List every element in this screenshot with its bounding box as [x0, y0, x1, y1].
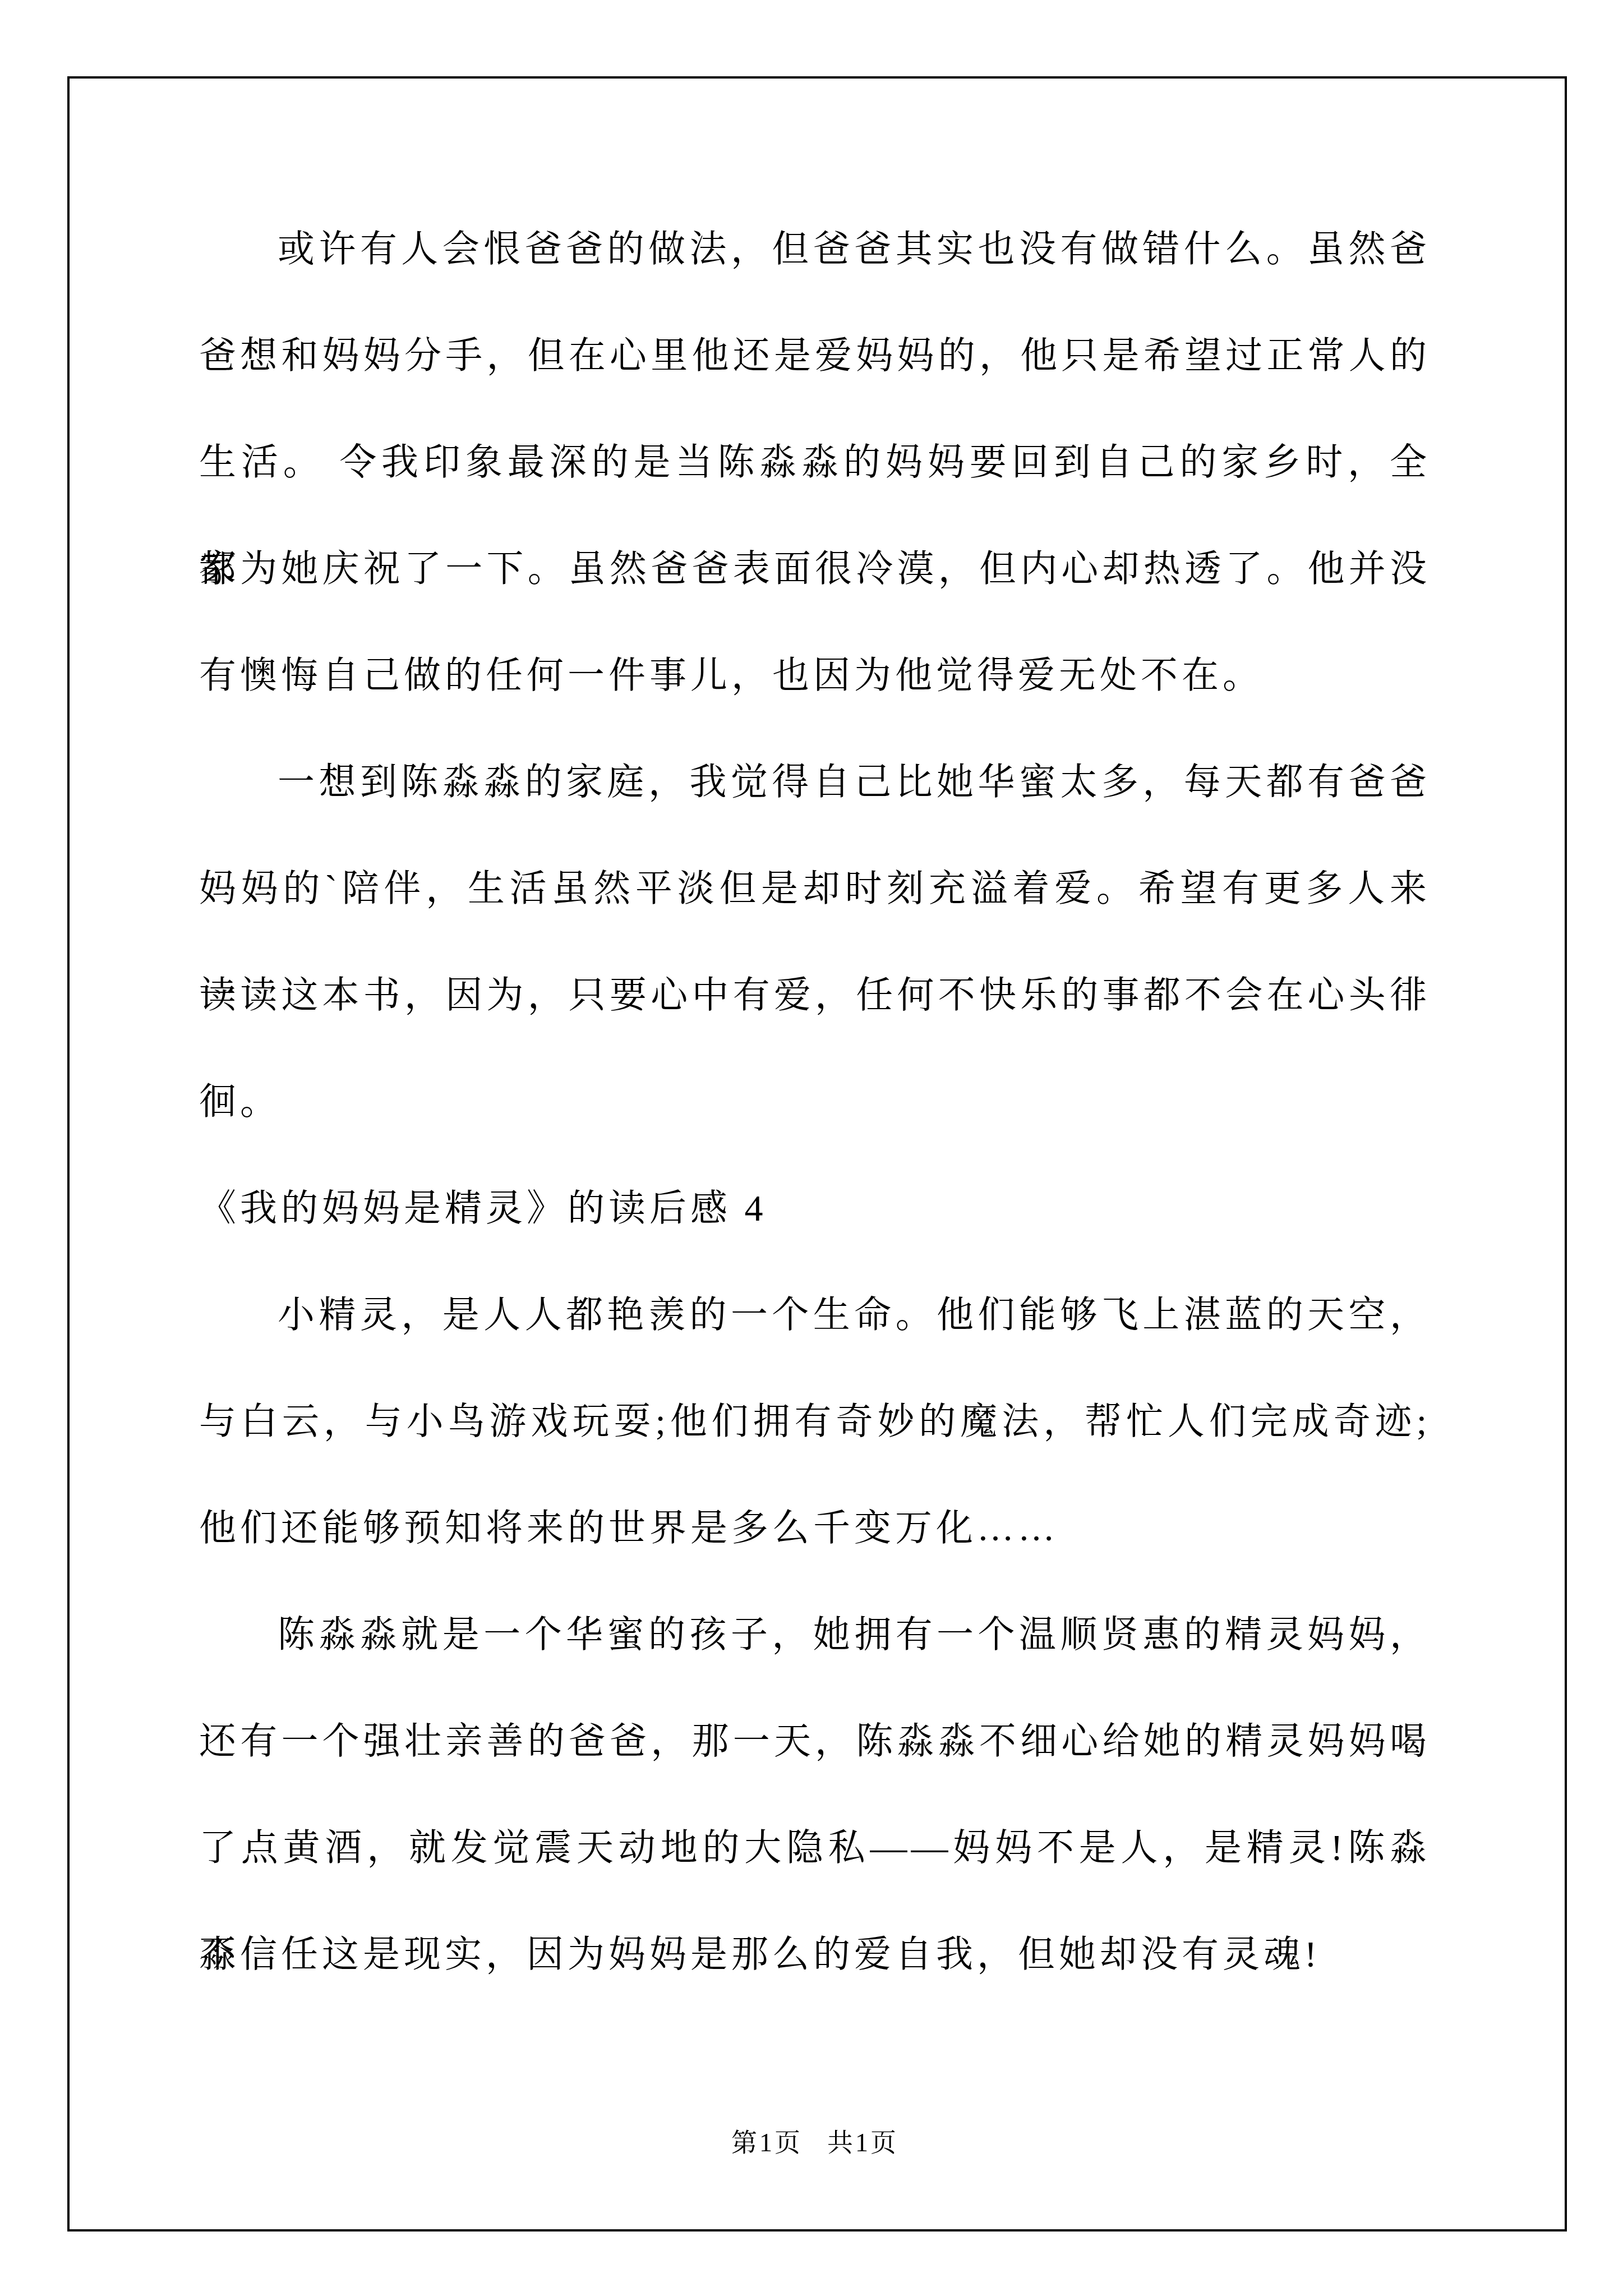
- text-line: 生活。 令我印象最深的是当陈淼淼的妈妈要回到自己的家乡时，全家: [199, 409, 1431, 516]
- text-line: 妈妈的`陪伴，生活虽然平淡但是却时刻充溢着爱。希望有更多人来读: [199, 836, 1431, 942]
- document-body: 或许有人会恨爸爸的做法，但爸爸其实也没有做错什么。虽然爸爸想和妈妈分手，但在心里…: [199, 196, 1431, 2008]
- text-line: 有懊悔自己做的任何一件事儿，也因为他觉得爱无处不在。: [199, 623, 1431, 729]
- text-line: 徊。: [199, 1049, 1431, 1156]
- text-line: 了点黄酒，就发觉震天动地的大隐私——妈妈不是人，是精灵!陈淼淼: [199, 1795, 1431, 1902]
- section-heading: 《我的妈妈是精灵》的读后感 4: [199, 1156, 1431, 1262]
- page: 或许有人会恨爸爸的做法，但爸爸其实也没有做错什么。虽然爸爸想和妈妈分手，但在心里…: [0, 0, 1623, 2296]
- text-line: 小精灵，是人人都艳羡的一个生命。他们能够飞上湛蓝的天空，: [199, 1262, 1431, 1369]
- text-line: 爸想和妈妈分手，但在心里他还是爱妈妈的，他只是希望过正常人的: [199, 303, 1431, 409]
- total-pages-label: 共1页: [827, 2128, 898, 2157]
- page-footer: 第1页共1页: [199, 2126, 1431, 2160]
- text-line: 他们还能够预知将来的世界是多么千变万化……: [199, 1475, 1431, 1582]
- text-line: 陈淼淼就是一个华蜜的孩子，她拥有一个温顺贤惠的精灵妈妈，: [199, 1582, 1431, 1688]
- text-line: 与白云，与小鸟游戏玩耍;他们拥有奇妙的魔法，帮忙人们完成奇迹;: [199, 1369, 1431, 1475]
- text-line: 都为她庆祝了一下。虽然爸爸表面很冷漠，但内心却热透了。他并没: [199, 516, 1431, 623]
- text-line: 一读这本书，因为，只要心中有爱，任何不快乐的事都不会在心头徘: [199, 942, 1431, 1049]
- text-line: 不信任这是现实，因为妈妈是那么的爱自我，但她却没有灵魂!: [199, 1902, 1431, 2008]
- document-page: { "document": { "lines": [ { "text": "或许…: [0, 0, 1623, 2296]
- page-number-label: 第1页: [731, 2128, 803, 2157]
- text-line: 还有一个强壮亲善的爸爸，那一天，陈淼淼不细心给她的精灵妈妈喝: [199, 1688, 1431, 1795]
- text-line: 或许有人会恨爸爸的做法，但爸爸其实也没有做错什么。虽然爸: [199, 196, 1431, 303]
- text-line: 一想到陈淼淼的家庭，我觉得自己比她华蜜太多，每天都有爸爸: [199, 729, 1431, 836]
